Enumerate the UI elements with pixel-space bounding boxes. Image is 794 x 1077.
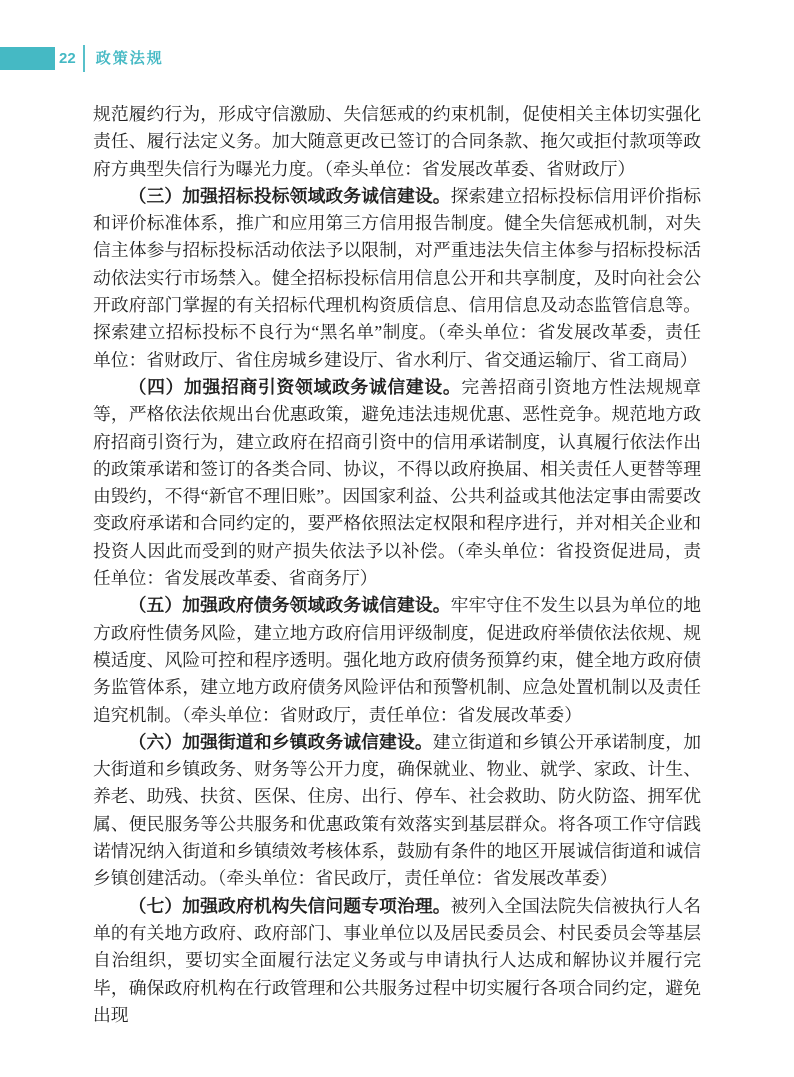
header-divider: [83, 45, 85, 72]
paragraph: （三）加强招标投标领域政务诚信建设。探索建立招标投标信用评价指标和评价标准体系，…: [93, 183, 701, 374]
accent-bar: [0, 47, 55, 70]
paragraph-title: （六）加强街道和乡镇政务诚信建设。: [129, 732, 433, 752]
paragraph-title: （三）加强招标投标领域政务诚信建设。: [129, 186, 451, 206]
paragraph-title: （五）加强政府债务领域政务诚信建设。: [129, 595, 451, 615]
paragraph-text: 规范履约行为，形成守信激励、失信惩戒的约束机制，促使相关主体切实强化责任、履行法…: [93, 104, 701, 179]
paragraph-text: 完善招商引资地方性法规规章等，严格依法依规出台优惠政策，避免违法违规优惠、恶性竞…: [93, 377, 701, 588]
document-body: 规范履约行为，形成守信激励、失信惩戒的约束机制，促使相关主体切实强化责任、履行法…: [93, 101, 701, 1029]
paragraph: （六）加强街道和乡镇政务诚信建设。建立街道和乡镇公开承诺制度，加大街道和乡镇政务…: [93, 729, 701, 893]
paragraph: （五）加强政府债务领域政务诚信建设。牢牢守住不发生以县为单位的地方政府性债务风险…: [93, 592, 701, 728]
paragraph-text: 建立街道和乡镇公开承诺制度，加大街道和乡镇政务、财务等公开力度，确保就业、物业、…: [93, 732, 701, 888]
paragraph: 规范履约行为，形成守信激励、失信惩戒的约束机制，促使相关主体切实强化责任、履行法…: [93, 101, 701, 183]
paragraph-text: 探索建立招标投标信用评价指标和评价标准体系，推广和应用第三方信用报告制度。健全失…: [93, 186, 701, 370]
paragraph: （七）加强政府机构失信问题专项治理。被列入全国法院失信被执行人名单的有关地方政府…: [93, 893, 701, 1029]
section-label: 政策法规: [96, 47, 164, 70]
magazine-page: { "header": { "page_number": "22", "sect…: [0, 0, 794, 1077]
page-header: 22 政策法规: [0, 44, 164, 72]
paragraph: （四）加强招商引资领域政务诚信建设。完善招商引资地方性法规规章等，严格依法依规出…: [93, 374, 701, 592]
paragraph-title: （七）加强政府机构失信问题专项治理。: [129, 896, 451, 916]
page-number: 22: [59, 47, 76, 70]
paragraph-title: （四）加强招商引资领域政务诚信建设。: [129, 377, 462, 397]
